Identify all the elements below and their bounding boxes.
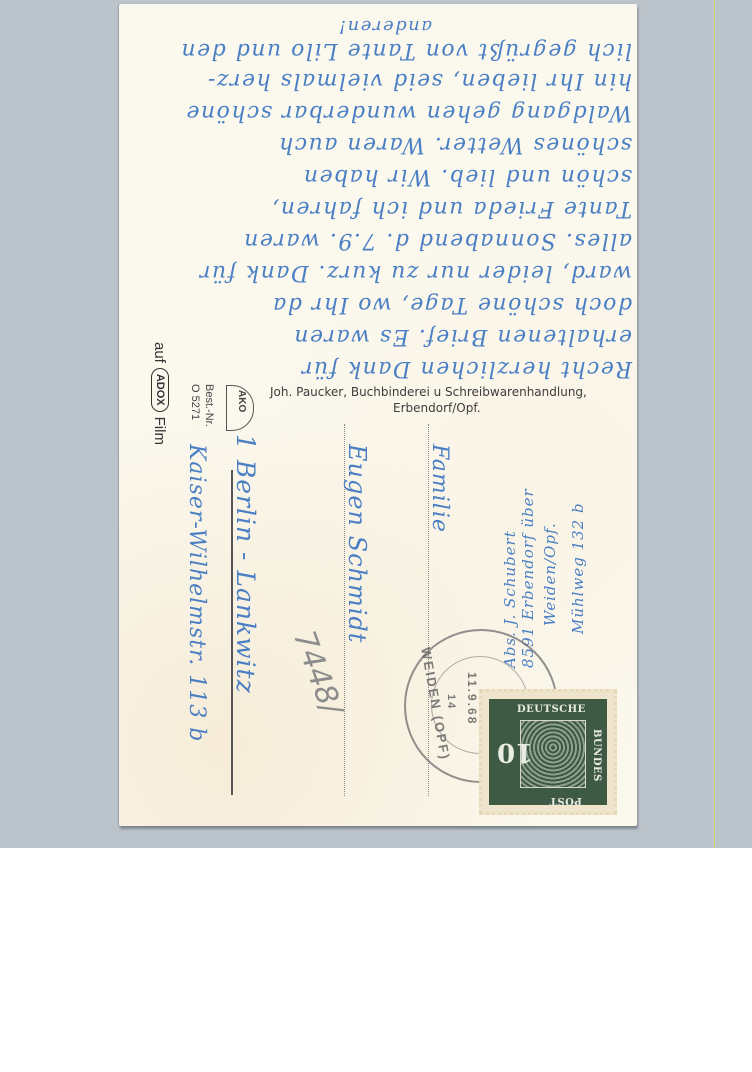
stamp-country: DEUTSCHE [517, 704, 586, 715]
publisher-location: Erbendorf/Opf. [393, 401, 481, 415]
stamp-value: 10 [497, 737, 533, 767]
film-suffix: Film [152, 417, 169, 445]
message-line: hin Ihr lieben, seid vielmals herz- [206, 68, 632, 93]
ako-logo-text: AKO [236, 390, 247, 412]
message-line: Recht herzlichen Dank für [300, 356, 632, 381]
handwritten-message: Recht herzlichen Dank für erhaltenen Bri… [127, 4, 632, 389]
stamp-bundes: BUNDES [591, 729, 602, 782]
message-line: alles. Sonnabend d. 7.9. waren [243, 228, 632, 253]
scan-edge-line [714, 0, 715, 848]
stamp-frame: DEUTSCHE BUNDES 10 POST [489, 699, 607, 805]
pencil-note: 7448/ [286, 626, 348, 719]
order-number-label: Best.-Nr. [202, 384, 215, 427]
postmark-time: 14 [445, 694, 457, 710]
recipient-line-1: Familie [427, 444, 452, 533]
adox-logo: ADOX [151, 368, 169, 412]
sender-line-4: Mühlweg 132 b [569, 502, 587, 634]
recipient-line-3: 1 Berlin - Lankwitz [231, 434, 260, 694]
message-line: schön und lieb. Wir haben [302, 164, 632, 189]
message-line: erhaltenen Brief. Es waren [293, 324, 632, 349]
message-line: Tante Frieda und ich fahren, [271, 196, 632, 221]
film-prefix: auf [152, 342, 169, 363]
message-line: schönes Wetter. Waren auch [278, 132, 632, 157]
sender-line-3: Weiden/Opf. [541, 522, 559, 626]
message-line: doch schöne Tage, wo Ihr da [272, 292, 632, 317]
film-brand: auf ADOX Film [151, 342, 169, 445]
postcard: Recht herzlichen Dank für erhaltenen Bri… [119, 4, 637, 826]
order-number: O 5271 [188, 384, 201, 420]
postmark-date: 11.9.68 [465, 672, 479, 725]
message-line: ward, leider nur zu kurz. Dank für [198, 260, 632, 285]
postage-stamp: DEUTSCHE BUNDES 10 POST [479, 689, 617, 815]
message-line: Waldgang gehen wunderbar schöne [185, 100, 632, 125]
recipient-line-2: Eugen Schmidt [343, 444, 371, 643]
stamp-post: POST [549, 795, 582, 806]
message-line: lich gegrüßt von Tante Lilo und den [180, 38, 632, 63]
publisher-text: Joh. Paucker, Buchbinderei u Schreibware… [270, 385, 587, 399]
recipient-line-4: Kaiser-Wilhelmstr. 113 b [184, 444, 209, 742]
message-line: anderen! [337, 16, 432, 37]
